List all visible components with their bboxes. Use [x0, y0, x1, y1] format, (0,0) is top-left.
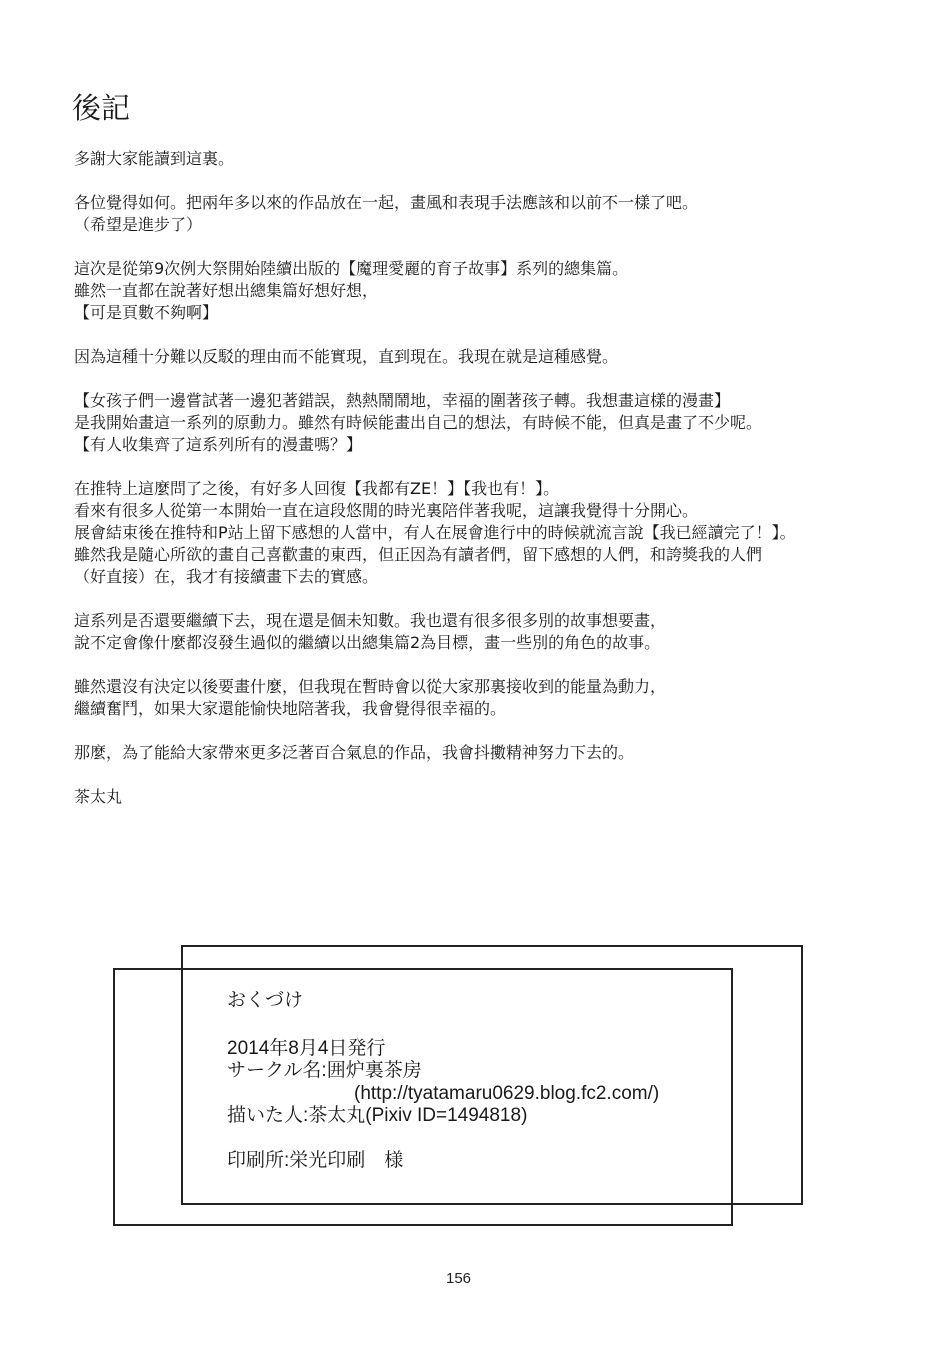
paragraph: 這次是從第9次例大祭開始陸續出版的【魔理愛麗的育子故事】系列的總集篇。 雖然一直…: [74, 258, 914, 324]
circle-name: サークル名:囲炉裏茶房: [227, 1060, 659, 1083]
afterword-title: 後記: [72, 90, 130, 126]
text-line: 雖然還沒有決定以後要畫什麼，但我現在暫時會以從大家那裏接收到的能量為動力，: [74, 676, 914, 698]
text-line: 這系列是否還要繼續下去，現在還是個未知數。我也還有很多很多別的故事想要畫，: [74, 610, 914, 632]
text-line: （好直接）在，我才有接續畫下去的實感。: [74, 566, 914, 588]
artist-credit: 描いた人:茶太丸(Pixiv ID=1494818): [227, 1105, 659, 1128]
paragraph: 多謝大家能讀到這裏。: [74, 148, 914, 170]
text-line: （希望是進步了）: [74, 214, 914, 236]
text-line: 說不定會像什麼都沒發生過似的繼續以出總集篇2為目標，畫一些別的角色的故事。: [74, 632, 914, 654]
page-number: 156: [446, 1270, 471, 1287]
paragraph: 雖然還沒有決定以後要畫什麼，但我現在暫時會以從大家那裏接收到的能量為動力， 繼續…: [74, 676, 914, 720]
printer-credit: 印刷所:栄光印刷 様: [227, 1150, 659, 1173]
paragraph: 那麼，為了能給大家帶來更多泛著百合氣息的作品，我會抖擻精神努力下去的。: [74, 742, 914, 764]
text-line: 因為這種十分難以反駁的理由而不能實現，直到現在。我現在就是這種感覺。: [74, 346, 914, 368]
paragraph: 在推特上這麼問了之後，有好多人回復【我都有ZE！】【我也有！】。 看來有很多人從…: [74, 478, 914, 588]
text-line: 【有人收集齊了這系列所有的漫畫嗎？】: [74, 434, 914, 456]
text-line: 那麼，為了能給大家帶來更多泛著百合氣息的作品，我會抖擻精神努力下去的。: [74, 742, 914, 764]
circle-url: (http://tyatamaru0629.blog.fc2.com/): [227, 1083, 659, 1106]
paragraph: 各位覺得如何。把兩年多以來的作品放在一起，畫風和表現手法應該和以前不一樣了吧。 …: [74, 192, 914, 236]
text-line: 在推特上這麼問了之後，有好多人回復【我都有ZE！】【我也有！】。: [74, 478, 914, 500]
author-signature: 茶太丸: [74, 786, 914, 808]
afterword-body: 多謝大家能讀到這裏。 各位覺得如何。把兩年多以來的作品放在一起，畫風和表現手法應…: [74, 148, 914, 808]
text-line: 【女孩子們一邊嘗試著一邊犯著錯誤，熱熱鬧鬧地，幸福的圍著孩子轉。我想畫這樣的漫畫…: [74, 390, 914, 412]
paragraph: 因為這種十分難以反駁的理由而不能實現，直到現在。我現在就是這種感覺。: [74, 346, 914, 368]
paragraph: 這系列是否還要繼續下去，現在還是個未知數。我也還有很多很多別的故事想要畫， 說不…: [74, 610, 914, 654]
text-line: 展會結束後在推特和P站上留下感想的人當中，有人在展會進行中的時候就流言說【我已經…: [74, 522, 914, 544]
text-line: 繼續奮鬥，如果大家還能愉快地陪著我，我會覺得很幸福的。: [74, 698, 914, 720]
text-line: 雖然一直都在說著好想出總集篇好想好想，: [74, 280, 914, 302]
text-line: 【可是頁數不夠啊】: [74, 302, 914, 324]
text-line: 這次是從第9次例大祭開始陸續出版的【魔理愛麗的育子故事】系列的總集篇。: [74, 258, 914, 280]
paragraph: 【女孩子們一邊嘗試著一邊犯著錯誤，熱熱鬧鬧地，幸福的圍著孩子轉。我想畫這樣的漫畫…: [74, 390, 914, 456]
publish-date: 2014年8月4日発行: [227, 1038, 659, 1061]
text-line: 各位覺得如何。把兩年多以來的作品放在一起，畫風和表現手法應該和以前不一樣了吧。: [74, 192, 914, 214]
text-line: 多謝大家能讀到這裏。: [74, 148, 914, 170]
text-line: 是我開始畫這一系列的原動力。雖然有時候能畫出自己的想法，有時候不能，但真是畫了不…: [74, 412, 914, 434]
text-line: 看來有很多人從第一本開始一直在這段悠閒的時光裏陪伴著我呢，這讓我覺得十分開心。: [74, 500, 914, 522]
colophon-heading: おくづけ: [227, 990, 659, 1013]
colophon: おくづけ 2014年8月4日発行 サークル名:囲炉裏茶房 (http://tya…: [227, 990, 659, 1172]
text-line: 雖然我是隨心所欲的畫自己喜歡畫的東西，但正因為有讀者們，留下感想的人們，和誇獎我…: [74, 544, 914, 566]
